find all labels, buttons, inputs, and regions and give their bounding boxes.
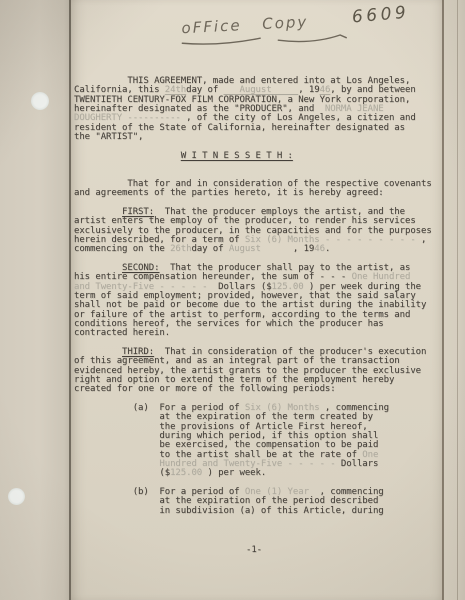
text-line (74, 161, 440, 170)
typed-text: THIS AGREEMENT, made and entered into at… (74, 77, 440, 516)
text-line: and agreements of the parties hereto, it… (74, 189, 440, 198)
hole-punch-bottom (8, 488, 25, 505)
text-line: created for one or more of the following… (74, 385, 440, 394)
page-edge-left (69, 0, 71, 600)
text-line: commencing on the 26thday of August , 19… (74, 245, 440, 254)
photo-backdrop-right (444, 0, 465, 600)
text-line: contracted herein. (74, 329, 440, 338)
page-number: -1- (74, 545, 434, 555)
hole-punch-top (31, 92, 49, 110)
text-line: ($125.00 ) per week. (74, 469, 440, 478)
text-line: the "ARTIST", (74, 133, 440, 142)
photo-backdrop-left (0, 0, 71, 600)
text-line: W I T N E S S E T H : (74, 152, 440, 161)
text-line: in subdivision (a) of this Article, duri… (74, 507, 440, 516)
page-edge-faint-line (457, 0, 458, 600)
